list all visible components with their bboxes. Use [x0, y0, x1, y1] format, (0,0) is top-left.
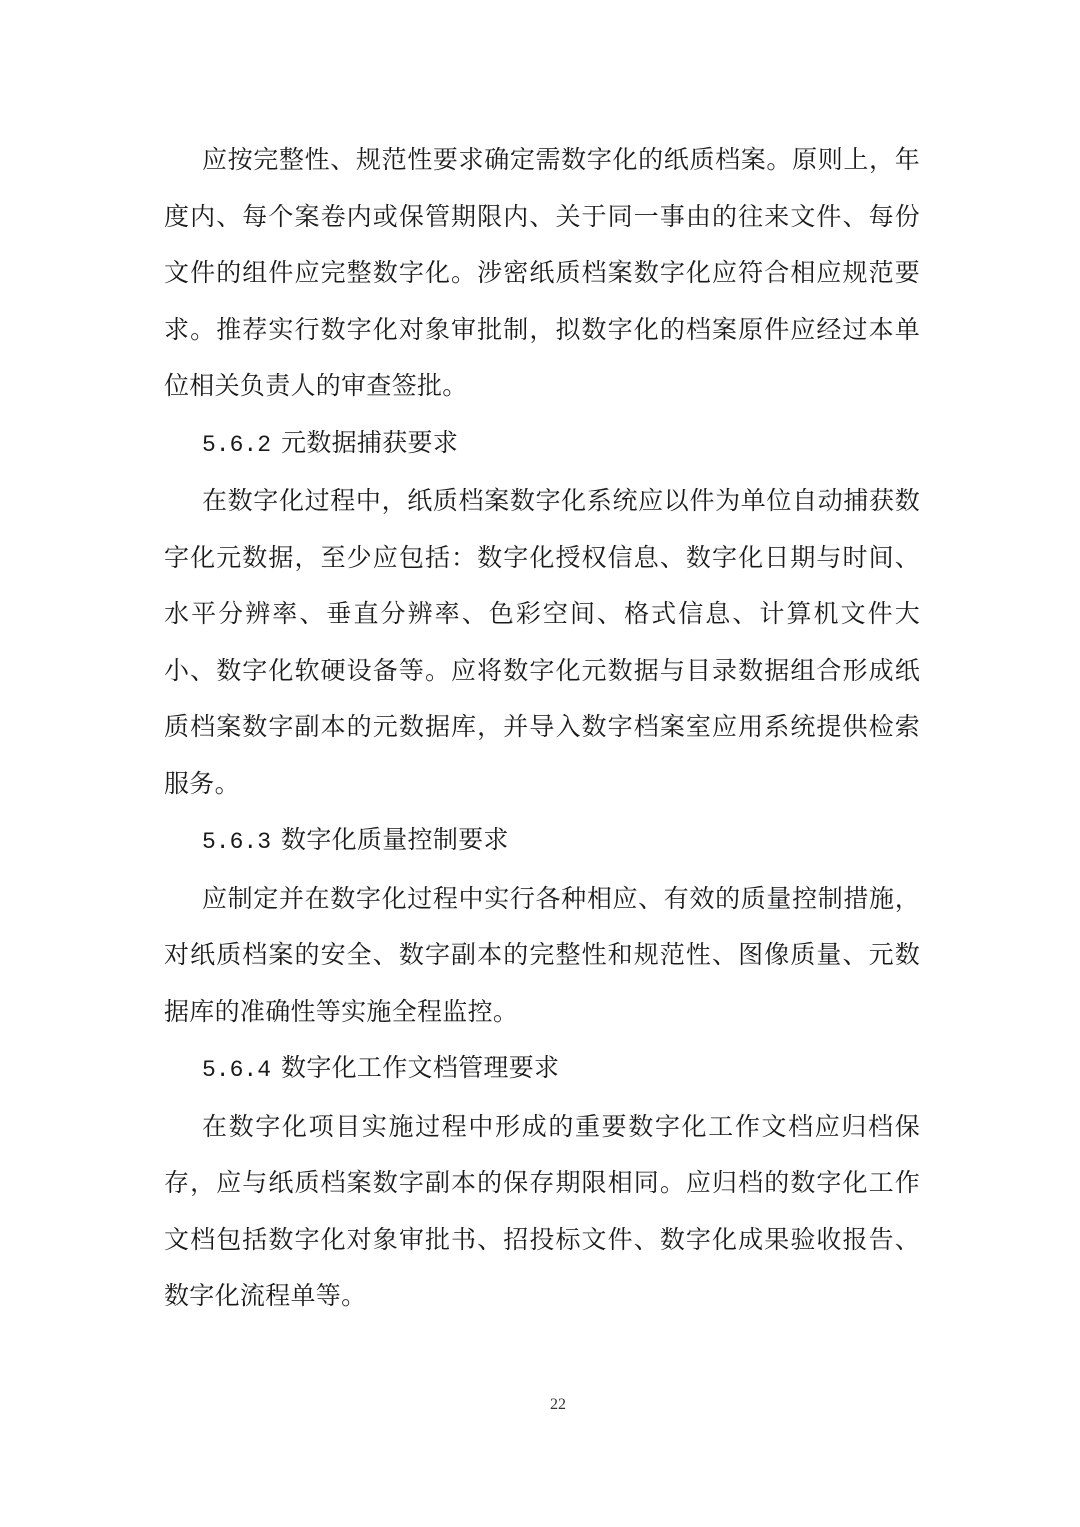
- section-number: 5.6.3: [202, 829, 271, 855]
- section-heading-5-6-4: 5.6.4数字化工作文档管理要求: [164, 1040, 920, 1099]
- paragraph-digitization-scope: 应按完整性、规范性要求确定需数字化的纸质档案。原则上，年度内、每个案卷内或保管期…: [164, 132, 920, 415]
- paragraph-work-documents: 在数字化项目实施过程中形成的重要数字化工作文档应归档保存，应与纸质档案数字副本的…: [164, 1099, 920, 1325]
- section-heading-5-6-3: 5.6.3数字化质量控制要求: [164, 812, 920, 871]
- section-title: 数字化工作文档管理要求: [281, 1053, 559, 1082]
- section-title: 元数据捕获要求: [281, 428, 458, 457]
- document-page: 应按完整性、规范性要求确定需数字化的纸质档案。原则上，年度内、每个案卷内或保管期…: [164, 132, 920, 1325]
- section-heading-5-6-2: 5.6.2元数据捕获要求: [164, 415, 920, 474]
- page-number: 22: [0, 1396, 1080, 1414]
- paragraph-quality-control: 应制定并在数字化过程中实行各种相应、有效的质量控制措施，对纸质档案的安全、数字副…: [164, 871, 920, 1041]
- section-title: 数字化质量控制要求: [281, 825, 509, 854]
- section-number: 5.6.2: [202, 432, 271, 458]
- section-number: 5.6.4: [202, 1057, 271, 1083]
- paragraph-metadata-capture: 在数字化过程中，纸质档案数字化系统应以件为单位自动捕获数字化元数据，至少应包括：…: [164, 473, 920, 812]
